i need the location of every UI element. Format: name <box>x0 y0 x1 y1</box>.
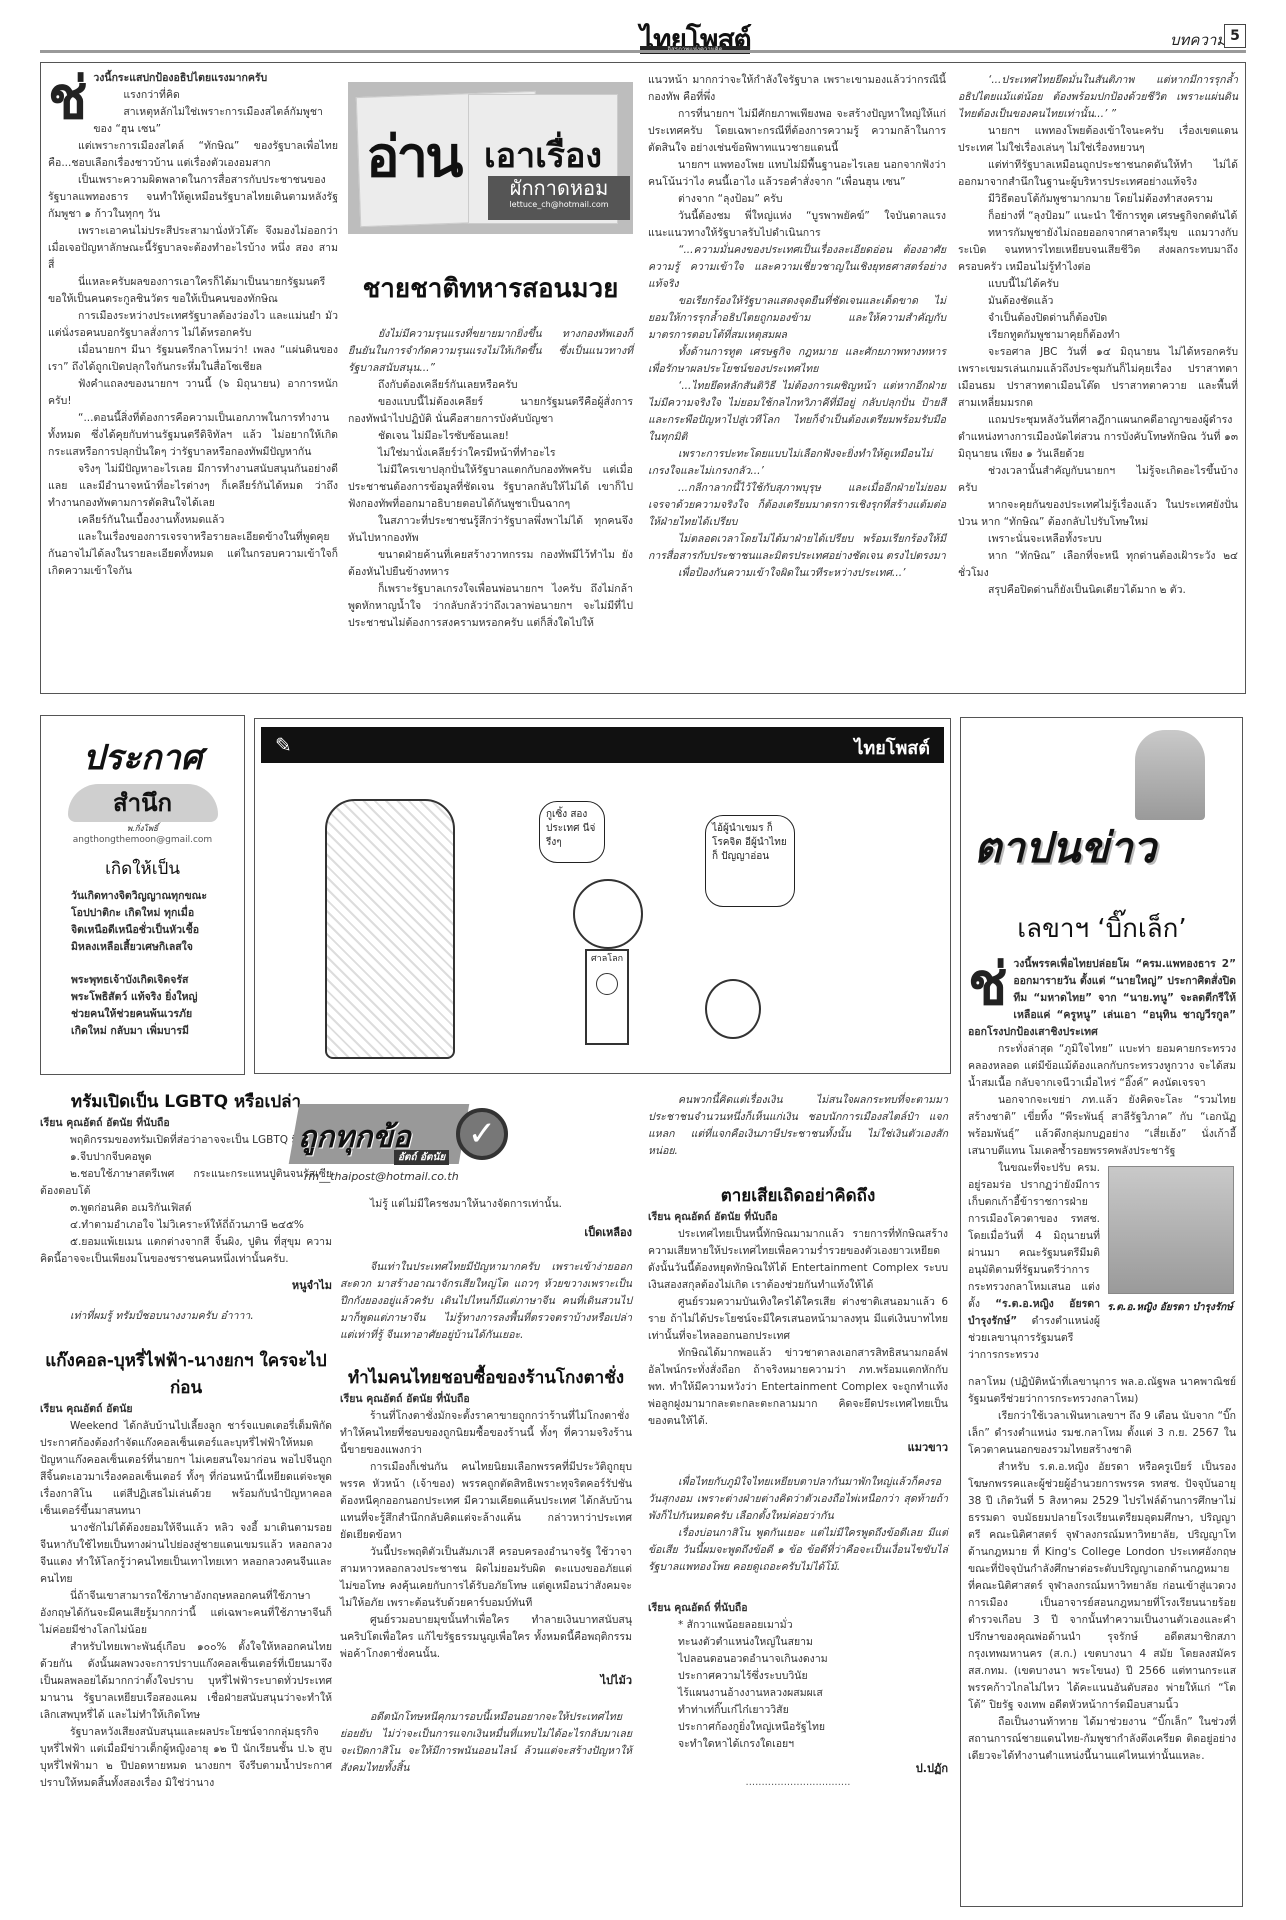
paragraph: นางชักไม่ได้ต้องยอมให้จีนแล้ว หลิว จงอี้… <box>40 1520 332 1588</box>
right-paras-before: กระทั่งล่าสุด “ภูมิใจไทย” แบะท่า ยอมคายก… <box>968 1041 1236 1160</box>
letters-col-2: ไม่รู้ แต่ไม่มีใครชงมาให้นางจัดการเท่านั… <box>340 1196 632 1777</box>
poem-line: จะทำใดหาได้เกรงใดเอยฯ <box>678 1736 948 1753</box>
letters-header: ถูกทุกข้อ อัตถ์ อัตนัย ✓ rm__thaipost@ho… <box>284 1098 524 1190</box>
poem-line: ประกาศความไร้ซึ่งระบบวินัย <box>678 1668 948 1685</box>
reply-4: เพื่อไทยกับภูมิใจไทยเหยียบตาปลากันมาพักใ… <box>648 1474 948 1576</box>
paragraph: วันนี้ประพฤติตัวเป็นสัมภเวสี ครอบครองอำน… <box>340 1544 632 1612</box>
section-label: บทความ <box>1170 28 1226 52</box>
paragraph: แบบนี้ไม่ได้ครับ <box>958 276 1238 293</box>
paragraph: เป็นเพราะความผิดพลาดในการสื่อสารกับประชา… <box>48 172 338 223</box>
dropcap: ช่ <box>48 72 87 124</box>
letters-email: rm__thaipost@hotmail.co.th <box>304 1170 459 1183</box>
top-col-4: ‘...ประเทศไทยยึดมั่นในสันติภาพ แต่หากมีก… <box>958 72 1238 599</box>
paragraph: ก็เพราะรัฐบาลเกรงใจเพื่อนพ่อนายกฯ ไงครับ… <box>348 581 633 632</box>
paragraph: การที่นายกฯ ไม่มีศักยภาพเพียงพอ จะสร้างป… <box>648 106 946 157</box>
letter-salutation-2: เรียน คุณอัตถ์ อัตนัย <box>40 1401 332 1418</box>
dropcap-right: ช่ <box>968 958 1007 1010</box>
paragraph: เรียกทูตกัมพูชามาคุยก็ต้องทำ <box>958 327 1238 344</box>
speech-bubble-1: กูเซิ้ง สองประเทศ นีจ่รีงๆ <box>539 801 605 863</box>
photo-wrap: ในขณะที่จะปรับ ครม. อยู่รอมร่อ ปรากฏว่าย… <box>968 1160 1236 1330</box>
podium-label: ศาลโลก <box>591 954 623 964</box>
paragraph: หากจะคุยกันของประเทศไม่รู้เรื่องแล้ว ในป… <box>958 497 1238 531</box>
poem-line: ไปลอนดอนอวดอำนาจเกินงดงาม <box>678 1651 948 1668</box>
right-column-logo: ตาปนข่าว <box>974 815 1234 881</box>
paragraph: จะรอศาล JBC วันที่ ๑๔ มิถุนายน ไม่ได้หรอ… <box>958 344 1238 412</box>
paragraph: สรุปคือปิดด่านก็ยังเป็นนิดเดียวได้มาก ๒ … <box>958 582 1238 599</box>
letter-salutation-5: เรียน คุณอัตถ์ ที่นับถือ <box>648 1600 948 1617</box>
paragraph: แต่ท่าทีรัฐบาลเหมือนถูกประชาชนกดดันให้ทำ… <box>958 157 1238 191</box>
paragraph: ไม่ตลอดเวลาโดยไม่ได้มาฝ่ายได้เปรียบ พร้อ… <box>648 531 946 565</box>
paragraph: ร้านที่โกงตาชั่งมักจะตั้งราคาขายถูกกว่าร… <box>340 1408 632 1459</box>
paragraph: เพื่อไทยกับภูมิใจไทยเหยียบตาปลากันมาพักใ… <box>648 1474 948 1525</box>
poem-stanza-1: วันเกิดทางจิตวิญญาณทุกขณะโอปปาติกะ เกิดใ… <box>41 888 244 956</box>
author-box: ผักกาดหอม lettuce_ch@hotmail.com <box>488 176 630 220</box>
paragraph: มีวิธีตอบโต้กัมพูชามากมาย โดยไม่ต้องทำสง… <box>958 191 1238 208</box>
letters-byline: อัตถ์ อัตนัย <box>394 1150 449 1165</box>
photo-caption: ร.ต.อ.หญิง อัยรดา บำรุงรักษ์ <box>1104 1300 1236 1315</box>
paragraph: สำหรับ ร.ต.อ.หญิง อัยรดา หรือครูเบียร์ เ… <box>968 1459 1236 1714</box>
cartoon-brand: ไทยโพสต์ <box>854 733 930 762</box>
paragraph: มันต้องชัดแล้ว <box>958 293 1238 310</box>
lead-line: วงนี้กระแสปกป้องอธิปไตยแรงมากครับ <box>48 70 338 87</box>
paragraph: วันนี้ต้องชม พี่ใหญ่แห่ง “บูรพาพยัคฆ์” ใ… <box>648 208 946 242</box>
banner-title-big: อ่าน <box>366 112 460 201</box>
paragraph: นี่แหละครับผลของการเอาใครก็ได้มาเป็นนายก… <box>48 274 338 308</box>
letter-salutation-3: เรียน คุณอัตถ์ อัตนัย ที่นับถือ <box>340 1391 632 1408</box>
letter-body-3: ร้านที่โกงตาชั่งมักจะตั้งราคาขายถูกกว่าร… <box>340 1408 632 1663</box>
paragraph: “...ความมั่นคงของประเทศเป็นเรื่องละเอียด… <box>648 242 946 293</box>
paragraph: ทั้งด้านการทูต เศรษฐกิจ กฎหมาย และศักยภา… <box>648 344 946 378</box>
letter-signature-1: หนูจำไม <box>40 1276 332 1294</box>
paragraph: ๓.พูดก่อนคิด อเมริกันเฟิสต์ <box>40 1200 332 1217</box>
paragraph: เพราะการปะทะโดยแบบไม่เลือกฟังจะยิ่งทำให้… <box>648 446 946 480</box>
columnist-photo <box>1135 730 1205 820</box>
divider-dots: ................................. <box>648 1777 948 1788</box>
paragraph: จริงๆ ไม่มีปัญหาอะไรเลย มีการทำงานสนับสน… <box>48 461 338 512</box>
paragraph: ในสภาวะที่ประชาชนรู้สึกว่ารัฐบาลพึ่งพาไม… <box>348 513 633 547</box>
article-headline: ชายชาติทหารสอนมวย <box>348 268 633 309</box>
paragraph: เมื่อนายกฯ มีนา รัฐมนตรีกลาโหมว่า! เพลง … <box>48 342 338 376</box>
top-col-2: ยังไม่มีความรุนแรงที่ขยายมากยิ่งขึ้น ทาง… <box>348 326 633 632</box>
paragraph: ทักษิณได้มากพอแล้ว ข่าวชาตาลงเอกสารสิทธิ… <box>648 1345 948 1430</box>
letter-intro: ไม่รู้ แต่ไม่มีใครชงมาให้นางจัดการเท่านั… <box>340 1196 632 1213</box>
top-col-1: ช่ วงนี้กระแสปกป้องอธิปไตยแรงมากครับ แรง… <box>48 70 338 580</box>
cartoon-header-bar: ✎ ไทยโพสต์ <box>261 727 944 763</box>
paragraph: หาก “ทักษิณ” เลือกที่จะหนี ทุกด่านต้องเฝ… <box>958 548 1238 582</box>
letter-title-4: ตายเสียเถิดอย่าคิดถึง <box>648 1182 948 1209</box>
paragraph: ของแบบนี้ไม่ต้องเคลียร์ นายกรัฐมนตรีคือผ… <box>348 394 633 428</box>
right-lead-text: วงนี้พรรคเพื่อไทยปล่อยโผ “ครม.แพทองธาร 2… <box>968 958 1236 1038</box>
paragraph: ก็อย่างที่ “ลุงป้อม” แนะนำ ใช้การทูต เศร… <box>958 208 1238 225</box>
poem-email: angthongthemoon@gmail.com <box>41 835 244 845</box>
right-column-body: ช่ วงนี้พรรคเพื่อไทยปล่อยโผ “ครม.แพทองธา… <box>968 956 1236 1765</box>
paragraph: ประเทศไทยเป็นหนี้ทักษิณมามากแล้ว รายการท… <box>648 1226 948 1294</box>
official-photo <box>1108 1166 1234 1294</box>
paragraph: นอกจากจะเขย่า ภท.แล้ว ยังคิดจะโละ “รวมไท… <box>968 1092 1236 1160</box>
poem-line: ทำท่าเท่กิ๊บเก๋ไก๋เยาววิสัย <box>678 1702 948 1719</box>
paragraph: สำหรับไทยเพาะพันธุ์เกือบ ๑๐๐% ตั้งใจให้ห… <box>40 1639 332 1724</box>
poem-line: ช่วยคนให้ช่วยคนพ้นเวรภัย <box>41 1006 244 1023</box>
right-lead: วงนี้พรรคเพื่อไทยปล่อยโผ “ครม.แพทองธาร 2… <box>968 956 1236 1041</box>
paragraph: สาเหตุหลักไม่ใช่เพราะการเมืองสไตล์กัมพูช… <box>48 104 338 138</box>
poem-line: จิตเหนือดีเหนือชั่วเป็นหัวเชื้อ <box>41 922 244 939</box>
paragraph: นายกฯ แพทองโพย แทบไม่มีพื้นฐานอะไรเลย นอ… <box>648 157 946 191</box>
paragraph: แรงกว่าที่คิด <box>48 87 338 104</box>
letter-title-3: ทำไมคนไทยชอบซื้อของร้านโกงตาชั่ง <box>340 1364 632 1391</box>
paragraph: ‘...ประเทศไทยยึดมั่นในสันติภาพ แต่หากมีก… <box>958 72 1238 123</box>
poem-line: พระพุทธเจ้าบังเกิดเจิดจรัส <box>41 972 244 989</box>
paragraph: การเมืองก็เช่นกัน คนไทยนิยมเลือกพรรคที่ม… <box>340 1459 632 1544</box>
cartoon-figure-center <box>573 879 643 949</box>
paragraph: เรียกว่าใช้เวลาเฟ้นหาเลขาฯ ถึง 9 เดือน น… <box>968 1408 1236 1459</box>
banner-title-rest: เอาเรื่อง <box>484 128 602 182</box>
paragraph: ...กลีกาลากนี้ไว้ใช้กับสุภาพบุรุษ และเมื… <box>648 480 946 531</box>
col1-paragraphs: แรงกว่าที่คิดสาเหตุหลักไม่ใช่เพราะการเมื… <box>48 87 338 580</box>
reply-a: จีนเท่าในประเทศไทยมีปัญหามากครับ เพราะเข… <box>340 1259 632 1344</box>
paragraph: รัฐบาลหวังเสียงสนับสนุนและผลประโยชน์จากก… <box>40 1724 332 1792</box>
paragraph: ไม่ใช่มานั่งเคลียร์ว่าใครมีหน้าที่ทำอะไร <box>348 445 633 462</box>
paragraph: เคลียร์กันในเบื้องงานทั้งหมดแล้ว <box>48 512 338 529</box>
cartoon-figure-girl <box>705 979 761 1039</box>
paragraph: การเมืองระหว่างประเทศรัฐบาลต้องว่องไว แล… <box>48 308 338 342</box>
paragraph: ๕.ยอมแพ้เยเมน แตกต่างจากสี จิ้นผิง, ปูติ… <box>40 1234 332 1268</box>
letter-sig-a: เป็ดเหลือง <box>340 1223 632 1241</box>
column-banner: อ่าน เอาเรื่อง ผักกาดหอม lettuce_ch@hotm… <box>348 82 633 234</box>
reply-3: อดีตนักโทษหนีคุกมารอบนี้เหมือนอยากจะให้ป… <box>340 1709 632 1777</box>
poem-line: มิหลงเหลือเสี้ยวเศษกิเลสใจ <box>41 939 244 956</box>
paragraph: ถือเป็นงานท้าทาย ได้มาช่วยงาน “บิ๊กเล็ก”… <box>968 1714 1236 1765</box>
poem-line: โอปปาติกะ เกิดใหม่ ทุกเมื่อ <box>41 905 244 922</box>
speech-bubble-2: ไอ้ผู้นำเขมร ก็โรคจิต อีผู้นำไทยก็ ปัญญา… <box>705 815 795 907</box>
paragraph: ถึงกับต้องเคลียร์กันเลยหรือครับ <box>348 377 633 394</box>
paragraph: แนวหน้า มากกว่าจะให้กำลังใจรัฐบาล เพราะเ… <box>648 72 946 106</box>
letter-signature-5: ป.ปฏัก <box>648 1759 948 1777</box>
paragraph: ไม่มีใครเขาปลุกปั่นให้รัฐบาลแตกกับกองทัพ… <box>348 462 633 513</box>
paragraph: ฟังคำแถลงของนายกฯ วานนี้ (๖ มิถุนายน) อา… <box>48 376 338 410</box>
poem-line: ไร้แผนงานอ้างงานหลวงผสมผเส <box>678 1685 948 1702</box>
poem-line: ประกาศก้องกูยิ่งใหญ่เหนือรัฐไทย <box>678 1719 948 1736</box>
letter-signature-3: ไปไม้ว <box>340 1671 632 1689</box>
cartoon-podium: ศาลโลก <box>585 949 629 1045</box>
poem-box: ประกาศ สำนึก พ.กิ่งโพธิ์ angthongthemoon… <box>40 715 245 1075</box>
author-name: ผักกาดหอม <box>488 176 630 200</box>
paragraph: ชัดเจน ไม่มีอะไรซับซ้อนเลย! <box>348 428 633 445</box>
paragraph: เพื่อป้องกันความเข้าใจผิดในเวทีระหว่างปร… <box>648 565 946 582</box>
paragraph: ยังไม่มีความรุนแรงที่ขยายมากยิ่งขึ้น ทาง… <box>348 326 633 377</box>
paragraph: นี่ถ้าจีนเขาสามารถใช้ภาษาอังกฤษหลอกคนที่… <box>40 1588 332 1639</box>
letter-salutation-4: เรียน คุณอัตถ์ อัตนัย ที่นับถือ <box>648 1209 948 1226</box>
poem-line: พระโพธิสัตว์ แท้จริง ยิ่งใหญ่ <box>41 989 244 1006</box>
paragraph: จำเป็นต้องปิดด่านก็ต้องปิด <box>958 310 1238 327</box>
poem-logo-banner: สำนึก <box>68 784 218 822</box>
reply-top: คนพวกนี้คิดแต่เรื่องเงิน ไม่สนใจผลกระทบท… <box>648 1092 948 1160</box>
paragraph: เรื่องบ่อนกาสิโน พูดกันเยอะ แต่ไม่มีใครพ… <box>648 1525 948 1576</box>
paragraph: และในเรื่องของการเจรจาหรือรายละเอียดข้าง… <box>48 529 338 580</box>
paragraph: แถมประชุมหลังวันที่ศาลฎีกาแผนกคดีอาญาของ… <box>958 412 1238 463</box>
letter-poem: * สักวาแพน้อยลอยเมามั่วทะนงตัวตำแหน่งใหญ… <box>648 1617 948 1753</box>
poem-line: เกิดใหม่ กลับมา เพิ่มบารมี <box>41 1023 244 1040</box>
poem-line: * สักวาแพน้อยลอยเมามั่ว <box>678 1617 948 1634</box>
letters-col-1: ทรัมเปิดเป็น LGBTQ หรือเปล่า เรียน คุณอั… <box>40 1088 332 1792</box>
paragraph: ช่วงเวลานั้นสำคัญกับนายกฯ ไม่รู้จะเกิดอะ… <box>958 463 1238 497</box>
cartoon-drawing <box>325 799 455 1059</box>
paragraph: ‘...ไทยยึดหลักสันติวิธี ไม่ต้องการเผชิญห… <box>648 378 946 446</box>
poem-stanza-2: พระพุทธเจ้าบังเกิดเจิดจรัสพระโพธิสัตว์ แ… <box>41 972 244 1040</box>
letters-col-3: คนพวกนี้คิดแต่เรื่องเงิน ไม่สนใจผลกระทบท… <box>648 1092 948 1788</box>
paragraph: เพราะนั่นจะเหลือทั้งระบบ <box>958 531 1238 548</box>
poem-title: เกิดให้เป็น <box>41 855 244 882</box>
paragraph: ขอเรียกร้องให้รัฐบาลแสดงจุดยืนที่ชัดเจนแ… <box>648 293 946 344</box>
paragraph: ขนาดฝ่ายค้านที่เคยสร้างวาทกรรม กองทัพมีไ… <box>348 547 633 581</box>
paragraph: เพราะเอาคนไม่ประสีประสามานั่งหัวโต๊ะ จึง… <box>48 223 338 274</box>
letter-body-4: ประเทศไทยเป็นหนี้ทักษิณมามากแล้ว รายการท… <box>648 1226 948 1430</box>
masthead-logo: ไทยโพสต์ <box>640 18 751 62</box>
poem-logo-text: สำนึก <box>113 789 172 817</box>
editorial-cartoon: ✎ ไทยโพสต์ ศาลโลก กูเซิ้ง สองประเทศ นีจ่… <box>254 718 951 1074</box>
reply-1: เท่าที่ผมรู้ ทรัมป์ชอบนางงามครับ อ๋าาาา. <box>40 1308 332 1325</box>
paragraph: ๔.ทำตามอำเภอใจ ไม่วิเคราะห์ให้ถี่ถ้วนภาษ… <box>40 1217 332 1234</box>
header-divider <box>40 50 1246 53</box>
paragraph: กระทั่งล่าสุด “ภูมิใจไทย” แบะท่า ยอมคายก… <box>968 1041 1236 1092</box>
poem-author: พ.กิ่งโพธิ์ <box>41 822 244 835</box>
paragraph: “...ตอนนี้สิ่งที่ต้องการคือความเป็นเอกภา… <box>48 410 338 461</box>
letter-title-2: แก๊งคอล-บุหรี่ไฟฟ้า-นางยกฯ ใครจะไปก่อน <box>40 1347 332 1401</box>
paragraph: ทหารกัมพูชายังไม่ถอยออกจากศาลาตรีมุข แถม… <box>958 225 1238 276</box>
wrap-text: ในขณะที่จะปรับ ครม. อยู่รอมร่อ ปรากฏว่าย… <box>968 1160 1100 1364</box>
paragraph: ศูนย์รวมความบันเทิงใครได้ใครเสีย ต่างชาต… <box>648 1294 948 1345</box>
wrap-text-main: ในขณะที่จะปรับ ครม. อยู่รอมร่อ ปรากฏว่าย… <box>968 1162 1100 1310</box>
paragraph: ต่างจาก “ลุงป้อม” ครับ <box>648 191 946 208</box>
paragraph: นายกฯ แพทองโพยต้องเข้าใจนะครับ เรื่องเขต… <box>958 123 1238 157</box>
paragraph: ศูนย์รวมอบายมุขนั้นทำเพื่อใคร ทำลายเงินบ… <box>340 1612 632 1663</box>
right-column-headline: เลขาฯ ‘บิ๊กเล็ก’ <box>966 908 1238 949</box>
poem-logo-script: ประกาศ <box>41 730 244 784</box>
bird-icon: ✎ <box>275 733 292 757</box>
author-email: lettuce_ch@hotmail.com <box>488 200 630 209</box>
check-icon: ✓ <box>456 1108 508 1160</box>
paragraph: แต่เพราะการเมืองสไตล์ “ทักษิณ” ของรัฐบาล… <box>48 138 338 172</box>
top-col-3: แนวหน้า มากกว่าจะให้กำลังใจรัฐบาล เพราะเ… <box>648 72 946 582</box>
paragraph: กลาโหม (ปฏิบัติหน้าที่เลขานุการ พล.อ.ณัฐ… <box>968 1374 1236 1408</box>
letter-signature-4: แมวขาว <box>648 1438 948 1456</box>
page-number: 5 <box>1224 24 1246 48</box>
right-paras-after: กลาโหม (ปฏิบัติหน้าที่เลขานุการ พล.อ.ณัฐ… <box>968 1374 1236 1765</box>
poem-line: วันเกิดทางจิตวิญญาณทุกขณะ <box>41 888 244 905</box>
paragraph: Weekend ได้กลับบ้านไปเลี้ยงลูก ชาร์จแบตเ… <box>40 1418 332 1520</box>
letter-body-2: Weekend ได้กลับบ้านไปเลี้ยงลูก ชาร์จแบตเ… <box>40 1418 332 1792</box>
poem-line: ทะนงตัวตำแหน่งใหญ่ในสยาม <box>678 1634 948 1651</box>
